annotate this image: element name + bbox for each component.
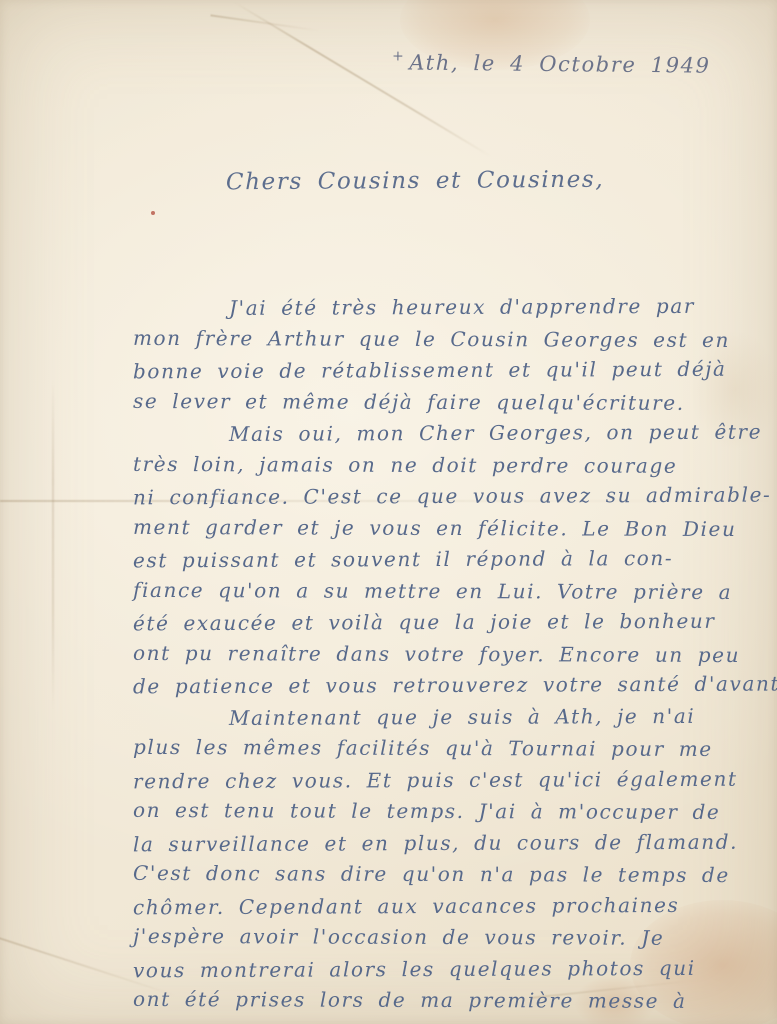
handwritten-line: très loin, jamais on ne doit perdre cour… <box>133 448 747 482</box>
fold-crease-top-diagonal <box>233 1 491 157</box>
paragraph-3: Maintenant que je suis à Ath, je n'ai pl… <box>133 702 747 1017</box>
handwritten-line: se lever et même déjà faire quelqu'écrit… <box>133 385 747 419</box>
handwritten-line: ont été prises lors de ma première messe… <box>133 984 747 1018</box>
date-line: +Ath, le 4 Octobre 1949 <box>392 48 711 77</box>
handwritten-line: C'est donc sans dire qu'on n'a pas le te… <box>133 858 747 892</box>
cross-mark: + <box>392 48 406 64</box>
handwritten-line: la surveillance et en plus, du cours de … <box>133 826 747 860</box>
handwritten-line: mon frère Arthur que le Cousin Georges e… <box>133 322 747 356</box>
paragraph-1: J'ai été très heureux d'apprendre par mo… <box>133 292 747 418</box>
handwritten-line: j'espère avoir l'occasion de vous revoir… <box>133 921 747 955</box>
fold-crease-left-vertical <box>52 380 54 710</box>
handwritten-line: chômer. Cependant aux vacances prochaine… <box>133 889 747 923</box>
fold-crease-top-edge <box>210 14 319 31</box>
handwritten-line: Maintenant que je suis à Ath, je n'ai <box>133 700 747 734</box>
handwritten-line: Mais oui, mon Cher Georges, on peut être <box>133 417 747 451</box>
handwritten-line: de patience et vous retrouverez votre sa… <box>133 669 747 703</box>
handwritten-line: ment garder et je vous en félicite. Le B… <box>133 511 747 545</box>
handwritten-line: ont pu renaître dans votre foyer. Encore… <box>133 637 747 671</box>
handwritten-line: été exaucée et voilà que la joie et le b… <box>133 606 747 640</box>
salutation: Chers Cousins et Cousines, <box>226 167 604 196</box>
handwritten-line: vous montrerai alors les quelques photos… <box>133 952 747 986</box>
handwritten-line: J'ai été très heureux d'apprendre par <box>133 291 747 325</box>
handwritten-line: ni confiance. C'est ce que vous avez su … <box>133 480 747 514</box>
letter-page: +Ath, le 4 Octobre 1949 Chers Cousins et… <box>0 0 777 1024</box>
handwritten-line: bonne voie de rétablissement et qu'il pe… <box>133 354 747 388</box>
handwritten-line: est puissant et souvent il répond à la c… <box>133 543 747 577</box>
handwritten-line: fiance qu'on a su mettre en Lui. Votre p… <box>133 574 747 608</box>
handwritten-line: on est tenu tout le temps. J'ai à m'occu… <box>133 795 747 829</box>
letter-body: J'ai été très heureux d'apprendre par mo… <box>133 292 747 1017</box>
handwritten-line: rendre chez vous. Et puis c'est qu'ici é… <box>133 763 747 797</box>
paragraph-2: Mais oui, mon Cher Georges, on peut être… <box>133 418 747 702</box>
date-text: Ath, le 4 Octobre 1949 <box>409 51 711 78</box>
red-speck <box>151 211 155 215</box>
handwritten-line: plus les mêmes facilités qu'à Tournai po… <box>133 732 747 766</box>
